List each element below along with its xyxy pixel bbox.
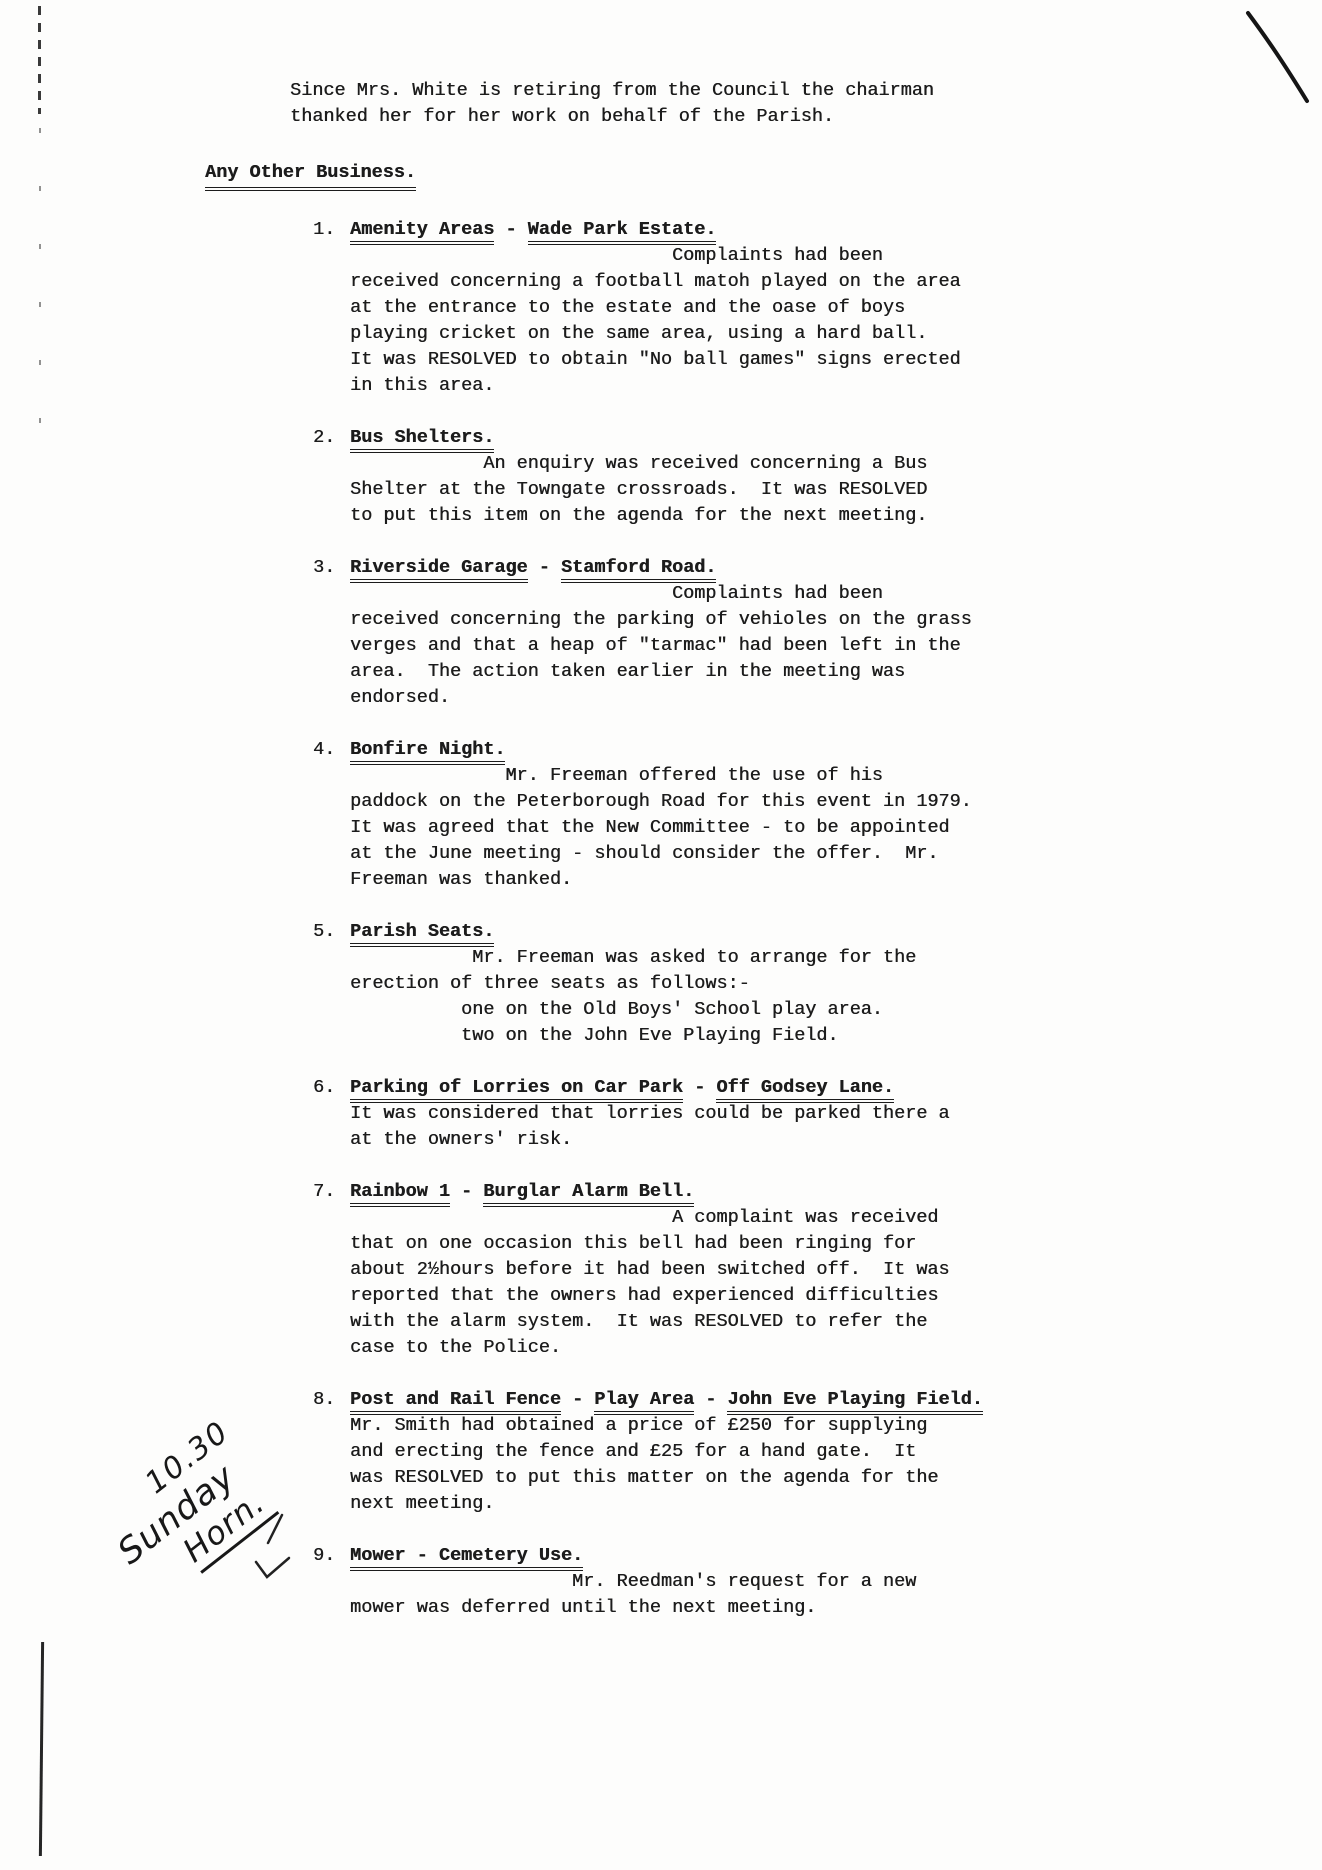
intro-line: Since Mrs. White is retiring from the Co… (290, 78, 1322, 104)
item-number: 1. (313, 217, 350, 399)
item-heading-separator: - (561, 1389, 594, 1410)
item-text-line: Mr. Freeman offered the use of his (350, 763, 1322, 789)
item-text-line: in this area. (350, 373, 1322, 399)
item-heading-separator: - (450, 1181, 483, 1202)
item-heading-underlined-segment: Mower - Cemetery Use. (350, 1545, 583, 1571)
item-text-line: at the entrance to the estate and the oa… (350, 295, 1322, 321)
typed-text-block: Since Mrs. White is retiring from the Co… (0, 0, 1322, 1621)
item-body: Rainbow 1 - Burglar Alarm Bell.A complai… (350, 1179, 1322, 1361)
item-text-line: Mr. Freeman was asked to arrange for the (350, 945, 1322, 971)
item-heading-underlined-segment: Wade Park Estate. (528, 219, 717, 245)
item-heading-separator: - (683, 1077, 716, 1098)
item-text-line: at the owners' risk. (350, 1127, 1322, 1153)
item-body: Bonfire Night.Mr. Freeman offered the us… (350, 737, 1322, 893)
item-heading: Amenity Areas - Wade Park Estate. (350, 217, 1322, 243)
item-text-line: endorsed. (350, 685, 1322, 711)
scanned-minutes-page: Since Mrs. White is retiring from the Co… (0, 0, 1322, 1870)
item-number: 7. (313, 1179, 350, 1361)
minute-item-2: 2.Bus Shelters.An enquiry was received c… (0, 425, 1322, 529)
item-text-line: was RESOLVED to put this matter on the a… (350, 1465, 1322, 1491)
item-body: Parish Seats.Mr. Freeman was asked to ar… (350, 919, 1322, 1049)
item-number: 9. (313, 1543, 350, 1621)
item-heading: Post and Rail Fence - Play Area - John E… (350, 1387, 1322, 1413)
minute-item-3: 3.Riverside Garage - Stamford Road.Compl… (0, 555, 1322, 711)
item-heading: Bus Shelters. (350, 425, 1322, 451)
item-text-line: received concerning a football matoh pla… (350, 269, 1322, 295)
section-heading: Any Other Business. (205, 160, 1322, 191)
item-heading-underlined-segment: John Eve Playing Field. (727, 1389, 982, 1415)
item-text-line: It was agreed that the New Committee - t… (350, 815, 1322, 841)
item-text-line: It was RESOLVED to obtain "No ball games… (350, 347, 1322, 373)
item-text-line: with the alarm system. It was RESOLVED t… (350, 1309, 1322, 1335)
item-text-line: Mr. Reedman's request for a new (350, 1569, 1322, 1595)
item-text-line: erection of three seats as follows:- (350, 971, 1322, 997)
item-heading: Riverside Garage - Stamford Road. (350, 555, 1322, 581)
item-body: Parking of Lorries on Car Park - Off God… (350, 1075, 1322, 1153)
item-text-line: It was considered that lorries could be … (350, 1101, 1322, 1127)
minute-item-6: 6.Parking of Lorries on Car Park - Off G… (0, 1075, 1322, 1153)
item-number: 8. (313, 1387, 350, 1517)
item-heading: Parking of Lorries on Car Park - Off God… (350, 1075, 1322, 1101)
intro-paragraph: Since Mrs. White is retiring from the Co… (290, 78, 1322, 130)
item-text-line: playing cricket on the same area, using … (350, 321, 1322, 347)
item-text-line: reported that the owners had experienced… (350, 1283, 1322, 1309)
item-text-line: Mr. Smith had obtained a price of £250 f… (350, 1413, 1322, 1439)
item-text-line: about 2½hours before it had been switche… (350, 1257, 1322, 1283)
item-body: Post and Rail Fence - Play Area - John E… (350, 1387, 1322, 1517)
item-number: 2. (313, 425, 350, 529)
item-text-line: mower was deferred until the next meetin… (350, 1595, 1322, 1621)
item-text-line: and erecting the fence and £25 for a han… (350, 1439, 1322, 1465)
item-heading-underlined-segment: Post and Rail Fence (350, 1389, 561, 1415)
item-number: 6. (313, 1075, 350, 1153)
item-number: 3. (313, 555, 350, 711)
minute-item-4: 4.Bonfire Night.Mr. Freeman offered the … (0, 737, 1322, 893)
item-text-line: Freeman was thanked. (350, 867, 1322, 893)
item-heading-separator: - (528, 557, 561, 578)
minute-item-7: 7.Rainbow 1 - Burglar Alarm Bell.A compl… (0, 1179, 1322, 1361)
item-body: Amenity Areas - Wade Park Estate.Complai… (350, 217, 1322, 399)
item-text-line: received concerning the parking of vehio… (350, 607, 1322, 633)
item-body: Bus Shelters.An enquiry was received con… (350, 425, 1322, 529)
item-heading-underlined-segment: Bonfire Night. (350, 739, 505, 765)
item-heading-separator: - (694, 1389, 727, 1410)
item-heading-underlined-segment: Parking of Lorries on Car Park (350, 1077, 683, 1103)
item-heading-underlined-segment: Bus Shelters. (350, 427, 494, 453)
section-heading-text: Any Other Business. (205, 160, 416, 191)
item-text-line: Shelter at the Towngate crossroads. It w… (350, 477, 1322, 503)
item-heading-underlined-segment: Off Godsey Lane. (716, 1077, 894, 1103)
item-heading-underlined-segment: Stamford Road. (561, 557, 716, 583)
item-body: Mower - Cemetery Use.Mr. Reedman's reque… (350, 1543, 1322, 1621)
item-heading: Rainbow 1 - Burglar Alarm Bell. (350, 1179, 1322, 1205)
item-text-line: that on one occasion this bell had been … (350, 1231, 1322, 1257)
item-heading: Parish Seats. (350, 919, 1322, 945)
item-text-line: to put this item on the agenda for the n… (350, 503, 1322, 529)
item-heading-underlined-segment: Amenity Areas (350, 219, 494, 245)
item-number: 4. (313, 737, 350, 893)
item-text-line: paddock on the Peterborough Road for thi… (350, 789, 1322, 815)
item-heading: Bonfire Night. (350, 737, 1322, 763)
item-heading-underlined-segment: Rainbow 1 (350, 1181, 450, 1207)
item-text-line: Complaints had been (350, 581, 1322, 607)
item-heading-underlined-segment: Parish Seats. (350, 921, 494, 947)
item-text-line: A complaint was received (350, 1205, 1322, 1231)
item-text-line: verges and that a heap of "tarmac" had b… (350, 633, 1322, 659)
item-text-line: case to the Police. (350, 1335, 1322, 1361)
minute-item-5: 5.Parish Seats.Mr. Freeman was asked to … (0, 919, 1322, 1049)
item-body: Riverside Garage - Stamford Road.Complai… (350, 555, 1322, 711)
item-heading: Mower - Cemetery Use. (350, 1543, 1322, 1569)
item-heading-separator: - (494, 219, 527, 240)
item-heading-underlined-segment: Riverside Garage (350, 557, 528, 583)
minutes-items-list: 1.Amenity Areas - Wade Park Estate.Compl… (0, 217, 1322, 1621)
item-text-line: one on the Old Boys' School play area. (350, 997, 1322, 1023)
minute-item-1: 1.Amenity Areas - Wade Park Estate.Compl… (0, 217, 1322, 399)
item-text-line: two on the John Eve Playing Field. (350, 1023, 1322, 1049)
item-heading-underlined-segment: Burglar Alarm Bell. (483, 1181, 694, 1207)
item-text-line: next meeting. (350, 1491, 1322, 1517)
item-heading-underlined-segment: Play Area (594, 1389, 694, 1415)
item-text-line: area. The action taken earlier in the me… (350, 659, 1322, 685)
item-number: 5. (313, 919, 350, 1049)
scan-edge-solid-line (39, 1642, 44, 1856)
item-text-line: An enquiry was received concerning a Bus (350, 451, 1322, 477)
intro-line: thanked her for her work on behalf of th… (290, 104, 1322, 130)
item-text-line: Complaints had been (350, 243, 1322, 269)
item-text-line: at the June meeting - should consider th… (350, 841, 1322, 867)
